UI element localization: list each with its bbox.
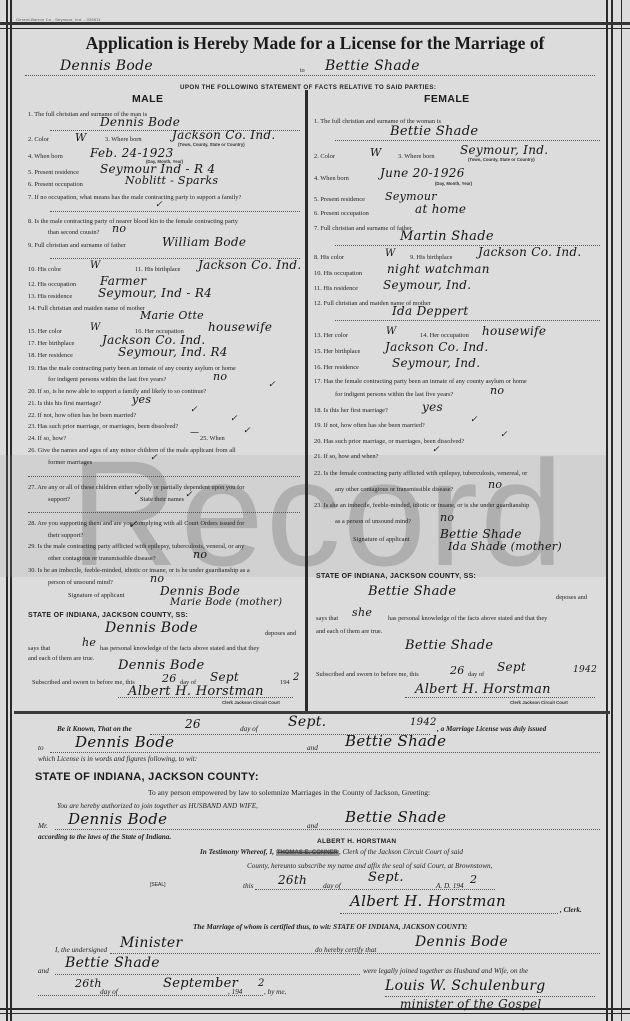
frame-line [621,0,622,1021]
male-q7: 7. If no occupation, what means has the … [28,194,241,201]
to-label: to [300,68,305,74]
female-q23b: as a person of unsound mind? [335,518,411,525]
female-q17b: for indigent persons within the last fiv… [335,391,453,398]
male-a14: Marie Otte [140,309,204,322]
male-a3: Jackson Co. Ind. [172,128,275,142]
male-a16: housewife [208,320,272,334]
applicant-groom-name: Dennis Bode [60,58,153,74]
female-says-that: says that [316,615,338,622]
male-deponent: Dennis Bode [105,620,198,636]
female-a22: no [488,478,502,491]
female-clerk-caption: Clerk Jackson Circuit Court [510,700,568,705]
license-groom-2: Dennis Bode [68,810,167,828]
license-laws-line: according to the laws of the State of In… [38,833,171,841]
document-title: Application is Hereby Made for a License… [0,33,630,54]
frame-line [0,1013,630,1014]
male-q10: 10. His color [28,266,61,273]
county-line: County, hereunto subscribe my name and a… [247,862,492,870]
female-deponent: Bettie Shade [368,584,456,599]
clerk-stamp: ALBERT H. HORSTMAN [317,838,396,845]
license-to: to [38,744,44,752]
male-q21: 21. Is this his first marriage? [28,400,101,407]
frame-line [6,0,8,1021]
testimony-lead: In Testimony Whereof, I, [200,848,274,856]
license-day-of: day of [240,725,258,733]
license-issued: , a Marriage License was duly issued [437,725,546,733]
female-deposes: deposes and [556,594,587,601]
female-true-line: and each of them are true. [316,628,382,635]
male-signature: Dennis Bode [160,584,240,598]
female-knowledge: has personal knowledge of the facts abov… [388,615,547,622]
fill-line [55,829,600,830]
male-clerk-caption: Clerk Jackson Circuit Court [222,700,280,705]
female-a12: Ida Deppert [392,304,468,318]
fill-line [38,995,263,996]
female-a21: ✓ [432,445,440,455]
male-a18: Seymour, Ind. R4 [118,345,228,359]
female-a4: June 20-1926 [380,166,465,180]
officiant-title: minister of the Gospel [400,997,542,1011]
male-q27b: support? [48,496,70,503]
female-a23: no [440,511,454,524]
male-a20: ✓ [268,380,276,390]
certificate-intro: The Marriage of whom is certified thus, … [193,923,468,931]
male-subscribed-month: Sept [210,670,239,684]
female-a2: W [370,146,382,159]
license-month-2: Sept. [368,870,404,885]
fill-line [50,752,600,753]
female-q5: 5. Present residence [314,196,365,203]
male-heading: MALE [132,93,163,105]
female-q4: 4. When born [314,175,349,182]
male-signature-label: Signature of applicant [68,592,124,599]
record-watermark: Record [70,438,566,588]
license-mr: Mr. [38,822,48,830]
struck-clerk-name: THOMAS E. CONNER [276,850,339,856]
male-q18: 18. Her residence [28,352,73,359]
female-q9: 9. His birthplace [410,254,452,261]
female-a18: yes [422,400,443,414]
certificate-by-me: , by me, [264,988,286,996]
female-a6: at home [415,202,466,216]
male-q8b: than second cousin? [48,229,99,236]
frame-line [0,28,630,29]
license-this: this [243,882,253,890]
male-says-that: says that [28,645,50,652]
male-q30b: person of unsound mind? [48,579,113,586]
female-pronoun: she [352,606,372,619]
female-a9: Jackson Co. Ind. [478,245,581,259]
male-q5: 5. Present residence [28,169,79,176]
certificate-day: 26th [75,977,102,990]
male-q13: 13. His residence [28,293,72,300]
fill-line [118,697,293,698]
male-q26: 26. Give the names and ages of any minor… [28,447,236,454]
statement-subheading: UPON THE FOLLOWING STATEMENT OF FACTS RE… [180,84,436,91]
female-a13: W [386,326,397,337]
female-q15: 15. Her birthplace [314,348,360,355]
male-q8: 8. Is the male contracting party of near… [28,218,238,225]
female-a16: Seymour, Ind. [392,356,480,370]
female-q4-hint: (Day, Month, Year) [435,181,472,186]
male-deposes: deposes and [265,630,296,637]
male-q26b: former marriages [48,459,92,466]
column-divider [305,90,308,712]
male-pronoun: he [82,636,96,649]
female-a19: ✓ [470,415,478,425]
frame-line [606,0,608,1021]
testimony-text: In Testimony Whereof, I, THOMAS E. CONNE… [200,848,463,856]
fill-line [55,974,360,975]
certificate-joined: were legally joined together as Husband … [363,967,528,975]
male-knowledge: has personal knowledge of the facts abov… [100,645,259,652]
license-day-2: 26th [278,873,307,887]
female-subscribed: Subscribed and sworn to before me, this [316,671,419,678]
license-bride-2: Bettie Shade [345,808,446,826]
female-a8: W [385,248,396,259]
female-a3: Seymour, Ind. [460,143,548,157]
license-groom: Dennis Bode [75,733,174,751]
female-clerk-signature: Albert H. Horstman [415,682,551,697]
license-words-line: which License is in words and figures fo… [38,755,197,763]
male-signature-mother: Marie Bode (mother) [170,597,282,608]
male-q24: 24. If so, how? [28,435,66,442]
male-a2: W [75,131,87,144]
officiant-signature: Louis W. Schulenburg [385,978,546,994]
male-a15: W [90,322,101,333]
male-q28b: their support? [48,532,83,539]
fill-line [335,320,600,321]
certificate-title: Minister [120,935,183,951]
female-a15: Jackson Co. Ind. [385,340,488,354]
applicant-bride-name: Bettie Shade [325,58,420,74]
male-a9: William Bode [162,235,246,249]
male-a13: Seymour, Ind - R4 [98,286,212,300]
male-a28: ✓ [128,518,138,531]
male-a23: ✓ [230,414,238,424]
female-q2: 2. Color [314,153,335,160]
male-q9: 9. Full christian and surname of father [28,242,126,249]
female-state-line: STATE OF INDIANA, JACKSON COUNTY, SS: [316,573,476,580]
fill-line [335,140,600,141]
female-heading: FEMALE [424,93,470,105]
male-q20: 20. If so, is he now able to support a f… [28,388,206,395]
male-q23: 23. Has such prior marriage, or marriage… [28,423,178,430]
female-q10: 10. His occupation [314,270,362,277]
fill-line [50,211,300,212]
male-a6: Noblitt - Sparks [125,174,218,187]
male-q29: 29. Is the male contracting party afflic… [28,543,244,550]
male-q19: 19. Has the male contracting party been … [28,365,236,372]
female-subscribed-day: 26 [450,664,465,677]
frame-line [0,22,630,25]
license-bride: Bettie Shade [345,732,446,750]
certificate-undersigned: I, the undersigned [55,946,107,954]
male-a27c: ✓ [185,490,193,500]
fill-line [110,953,600,954]
male-q11: 11. His birthplace [135,266,180,273]
male-q30: 30. Is he an imbecile, feeble-minded, id… [28,567,250,574]
male-true-line: and each of them are true. [28,655,94,662]
male-a22: ✓ [190,405,198,415]
male-q4: 4. When born [28,153,63,160]
be-it-known: Be it Known, That on the [57,725,132,733]
female-q3: 3. Where born [398,153,435,160]
fill-line [25,75,595,76]
male-a29: no [193,548,207,561]
male-q27c: State their names [140,496,184,503]
male-a7: ✓ [155,200,163,210]
female-q13: 13. Her color [314,332,348,339]
certificate-groom: Dennis Bode [415,934,508,950]
female-q11: 11. His residence [314,285,358,292]
male-state-line: STATE OF INDIANA, JACKSON COUNTY, SS: [28,612,188,619]
marriage-license-document: Gerard-Barron Co., Seymour, Ind. - 02661… [0,0,630,1021]
male-q14: 14. Full christian and maiden name of mo… [28,305,145,312]
seal-label: [SEAL] [150,882,166,888]
female-q19: 19. If not, how often has she been marri… [314,422,425,429]
male-q2: 2. Color [28,136,49,143]
male-q3-hint: (Town, County, State or Country) [178,142,245,147]
female-q3-hint: (Town, County, State or Country) [468,157,535,162]
certificate-bride: Bettie Shade [65,955,160,971]
male-a21: yes [132,393,151,406]
female-q16: 16. Her residence [314,364,359,371]
female-signature: Bettie Shade [440,527,522,541]
male-q15: 15. Her color [28,328,62,335]
license-year: 1942 [410,717,437,728]
male-deponent-signature: Dennis Bode [118,658,205,673]
male-a25: ✓ [243,426,251,436]
female-signature-mother: Ida Shade (mother) [448,540,562,553]
female-q7: 7. Full christian and surname of father [314,225,412,232]
female-q21: 21. If so, how and when? [314,453,378,460]
certificate-and: and [38,967,49,975]
license-ad-year: 2 [470,873,477,886]
male-q29b: other contagious or transmissible diseas… [48,555,156,562]
fill-line [28,476,300,477]
frame-line [611,0,613,1021]
female-q6: 6. Present occupation [314,210,369,217]
printer-line: Gerard-Barron Co., Seymour, Ind. - 02661… [16,17,101,22]
certificate-month: September [163,976,238,991]
female-a20: ✓ [500,430,508,440]
female-q22: 22. Is the female contracting party affl… [314,470,527,477]
male-a26: ✓ [150,453,158,463]
male-q17: 17. Her birthplace [28,340,74,347]
female-q18: 18. Is this her first marriage? [314,407,388,414]
male-year-suffix: 2 [293,672,300,683]
female-q8: 8. His color [314,254,344,261]
male-a1: Dennis Bode [100,115,180,129]
fill-line [340,913,558,914]
female-q22b: any other contagious or transmissible di… [335,486,453,493]
male-a11: Jackson Co. Ind. [198,258,301,272]
female-a1: Bettie Shade [390,124,478,139]
female-subscribed-year: 1942 [573,665,597,675]
female-a11: Seymour, Ind. [383,278,471,292]
male-q6: 6. Present occupation [28,181,83,188]
female-a7: Martin Shade [400,229,494,244]
male-q12: 12. His occupation [28,281,76,288]
male-a24: — [190,428,199,438]
male-q25: 25. When [200,435,225,442]
female-q14: 14. Her occupation [420,332,469,339]
fill-line [28,512,300,513]
license-clerk-signature: Albert H. Horstman [350,892,506,910]
male-a4: Feb. 24-1923 [90,146,174,160]
male-q3: 3. Where born [105,136,142,143]
license-day: 26 [185,717,201,731]
female-day-of: day of [468,671,484,678]
male-subscribed: Subscribed and sworn to before me, this [32,679,135,686]
male-a19: no [213,370,227,383]
female-subscribed-month: Sept [497,660,526,674]
female-q20: 20. Has such prior marriage, or marriage… [314,438,464,445]
testimony-rest: , Clerk of the Jackson Circuit Court of … [339,848,463,856]
female-deponent-signature: Bettie Shade [405,638,493,653]
male-a10: W [90,260,101,271]
frame-line [10,0,12,1021]
female-a10: night watchman [387,262,490,276]
male-q22: 22. If not, how often has he been marrie… [28,412,136,419]
female-a17: no [490,384,504,397]
license-month: Sept. [288,714,326,730]
fill-line [255,889,495,890]
male-a8: no [112,222,126,235]
male-year-prefix: 194 [280,679,290,686]
license-state-heading: STATE OF INDIANA, JACKSON COUNTY: [35,771,259,783]
license-authorized: You are hereby authorized to join togeth… [57,802,258,810]
female-signature-label: Signature of applicant [353,536,409,543]
male-q19b: for indigent persons within the last fiv… [48,376,166,383]
female-a14: housewife [482,324,546,338]
license-and: and [307,744,318,752]
license-clerk-label: , Clerk. [560,906,582,914]
fill-line [405,697,595,698]
license-greeting: To any person empowered by law to solemn… [148,788,430,797]
female-q23: 23. Is she an imbecile, feeble-minded, i… [314,502,529,509]
